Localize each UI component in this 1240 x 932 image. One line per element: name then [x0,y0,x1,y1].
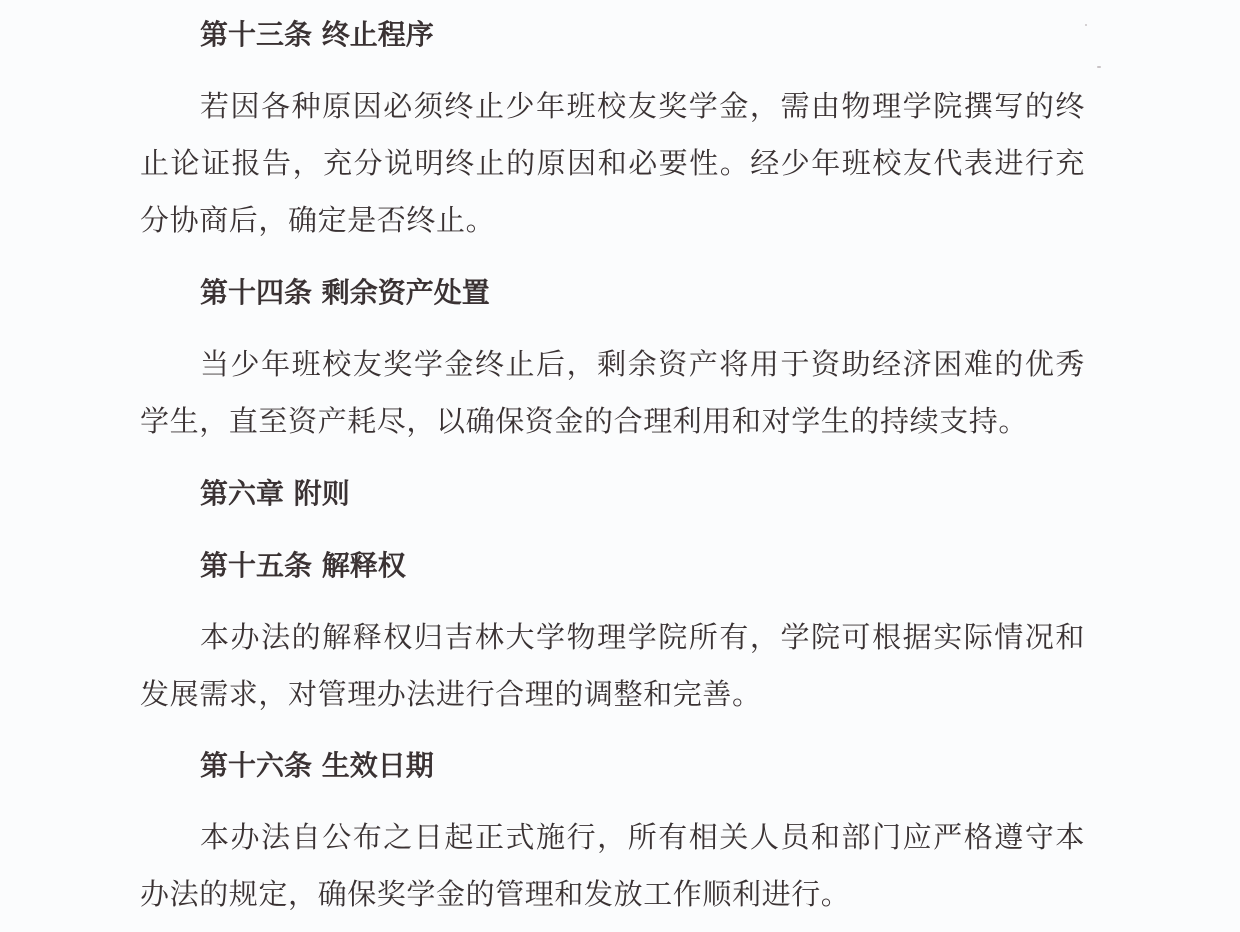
chapter-6-heading: 第六章 附则 [200,476,350,512]
article-13-heading: 第十三条 终止程序 [200,17,434,53]
article-16-paragraph: 本办法自公布之日起正式施行，所有相关人员和部门应严格遵守本办法的规定，确保奖学金… [140,809,1085,923]
scan-speck [1085,24,1087,26]
article-15-paragraph: 本办法的解释权归吉林大学物理学院所有，学院可根据实际情况和发展需求，对管理办法进… [140,609,1085,723]
scan-speck [1097,66,1101,68]
article-14-heading: 第十四条 剩余资产处置 [200,275,490,311]
article-13-paragraph: 若因各种原因必须终止少年班校友奖学金，需由物理学院撰写的终止论证报告，充分说明终… [140,78,1085,249]
article-15-heading: 第十五条 解释权 [200,548,406,584]
article-16-heading: 第十六条 生效日期 [200,748,434,784]
article-14-paragraph: 当少年班校友奖学金终止后，剩余资产将用于资助经济困难的优秀学生，直至资产耗尽，以… [140,336,1085,450]
